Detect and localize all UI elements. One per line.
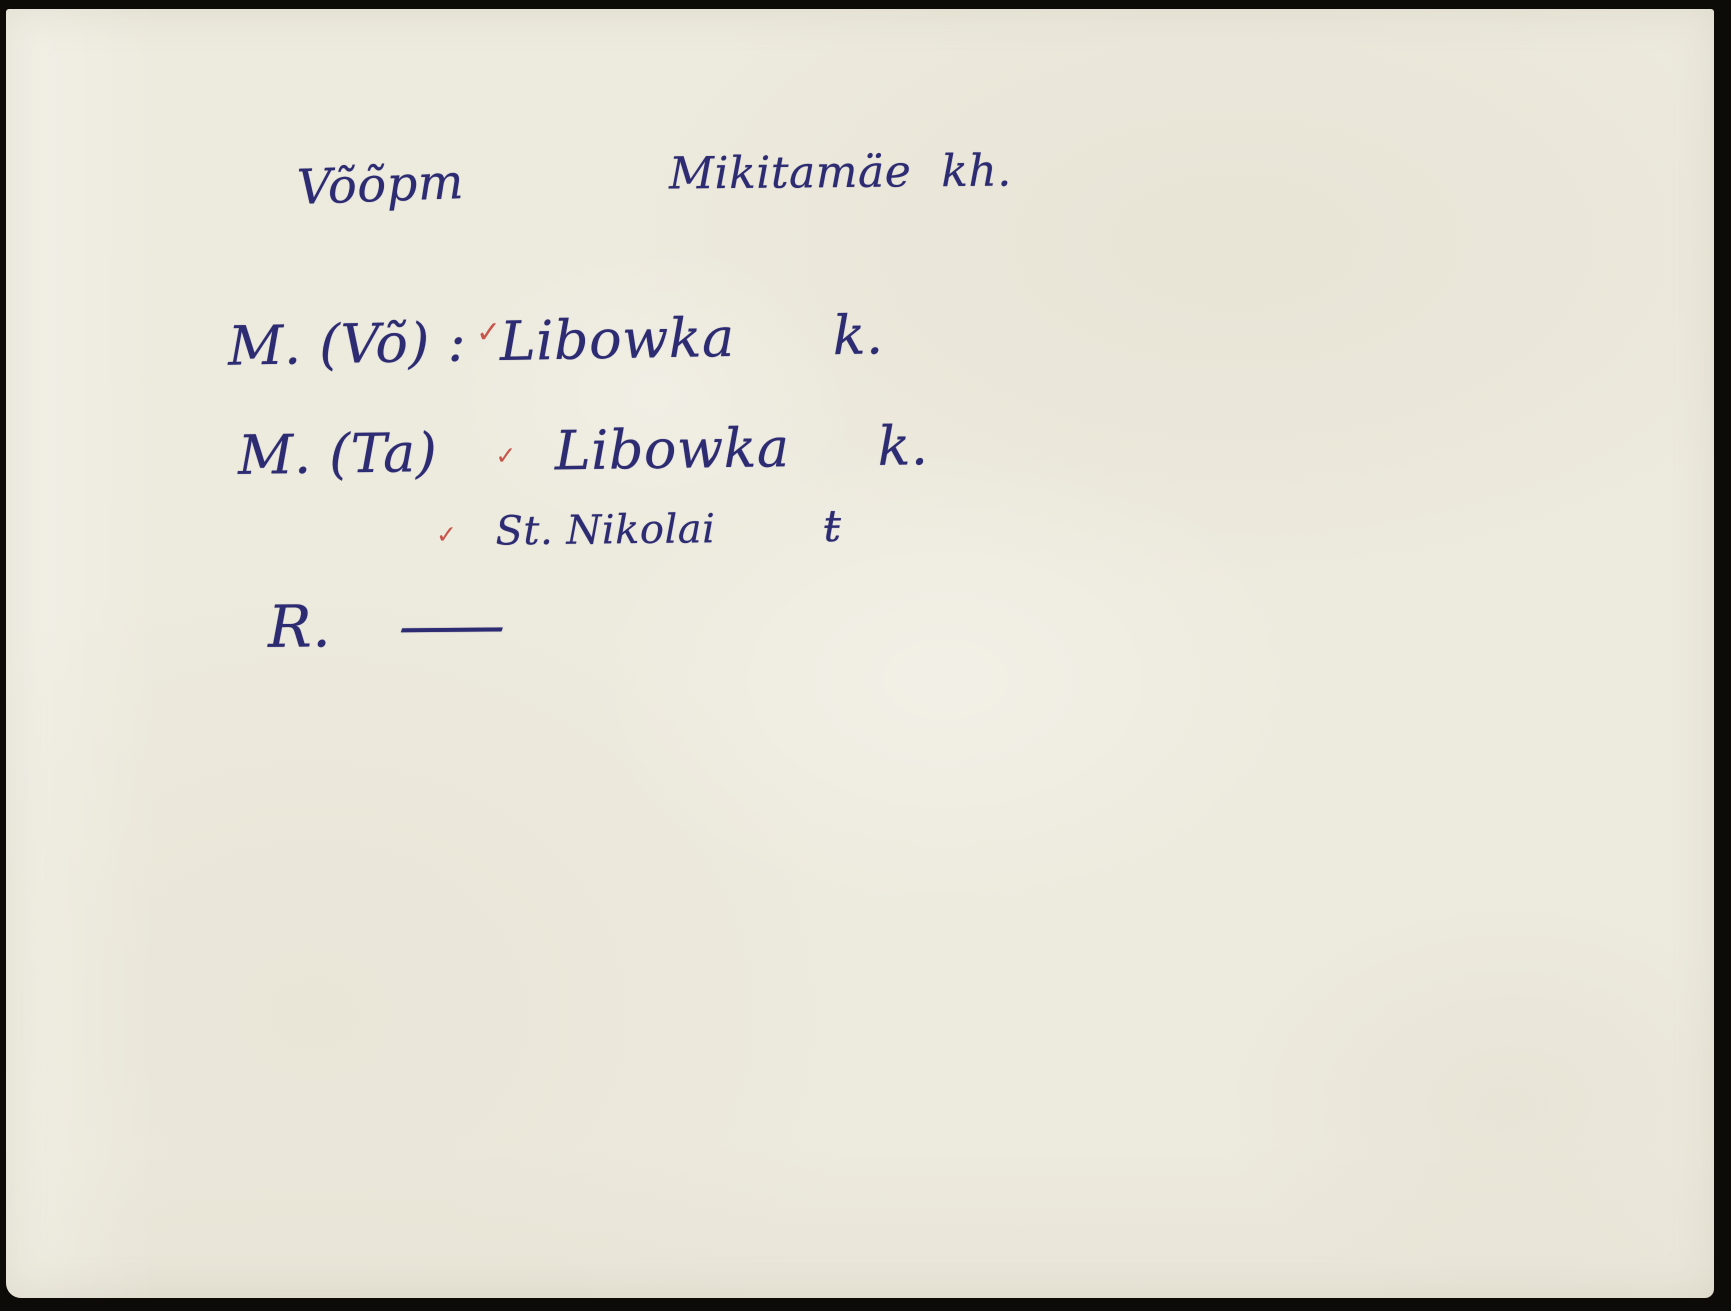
entry-row-2: M. (Ta)✓Libowkak.: [238, 419, 929, 483]
index-card: Võõpm Mikitamäekh. M. (Võ) :✓Libowkak. M…: [6, 9, 1714, 1298]
entry-suffix: k.: [832, 303, 884, 367]
entry-name: St. Nikolai: [495, 506, 715, 554]
region-line: Mikitamäekh.: [669, 150, 1012, 197]
entry-name: Libowka: [499, 306, 735, 373]
checkmark-icon: ✓: [436, 522, 458, 547]
entry-row-1: M. (Võ) :✓Libowkak.: [228, 308, 884, 373]
region-name-text: Mikitamäe: [669, 146, 912, 199]
dash-mark: —: [397, 596, 509, 655]
entry-suffix: k.: [877, 414, 929, 478]
checkmark-icon: ✓: [495, 443, 517, 468]
entry-row-4: R.—: [268, 596, 482, 656]
scanned-document-page: Võõpm Mikitamäekh. M. (Võ) :✓Libowkak. M…: [0, 0, 1731, 1311]
entry-suffix: ŧ: [823, 501, 842, 552]
entry-prefix: M. (Võ) :: [227, 311, 466, 378]
entry-row-3: ✓St. Nikolaiŧ: [436, 505, 842, 553]
entry-prefix: R.: [268, 592, 332, 661]
region-abbr-text: kh.: [941, 146, 1012, 198]
checkmark-icon: ✓: [476, 318, 502, 348]
entry-prefix: M. (Ta): [238, 421, 438, 487]
headword-text: Võõpm: [296, 158, 464, 212]
entry-name: Libowka: [554, 416, 790, 482]
